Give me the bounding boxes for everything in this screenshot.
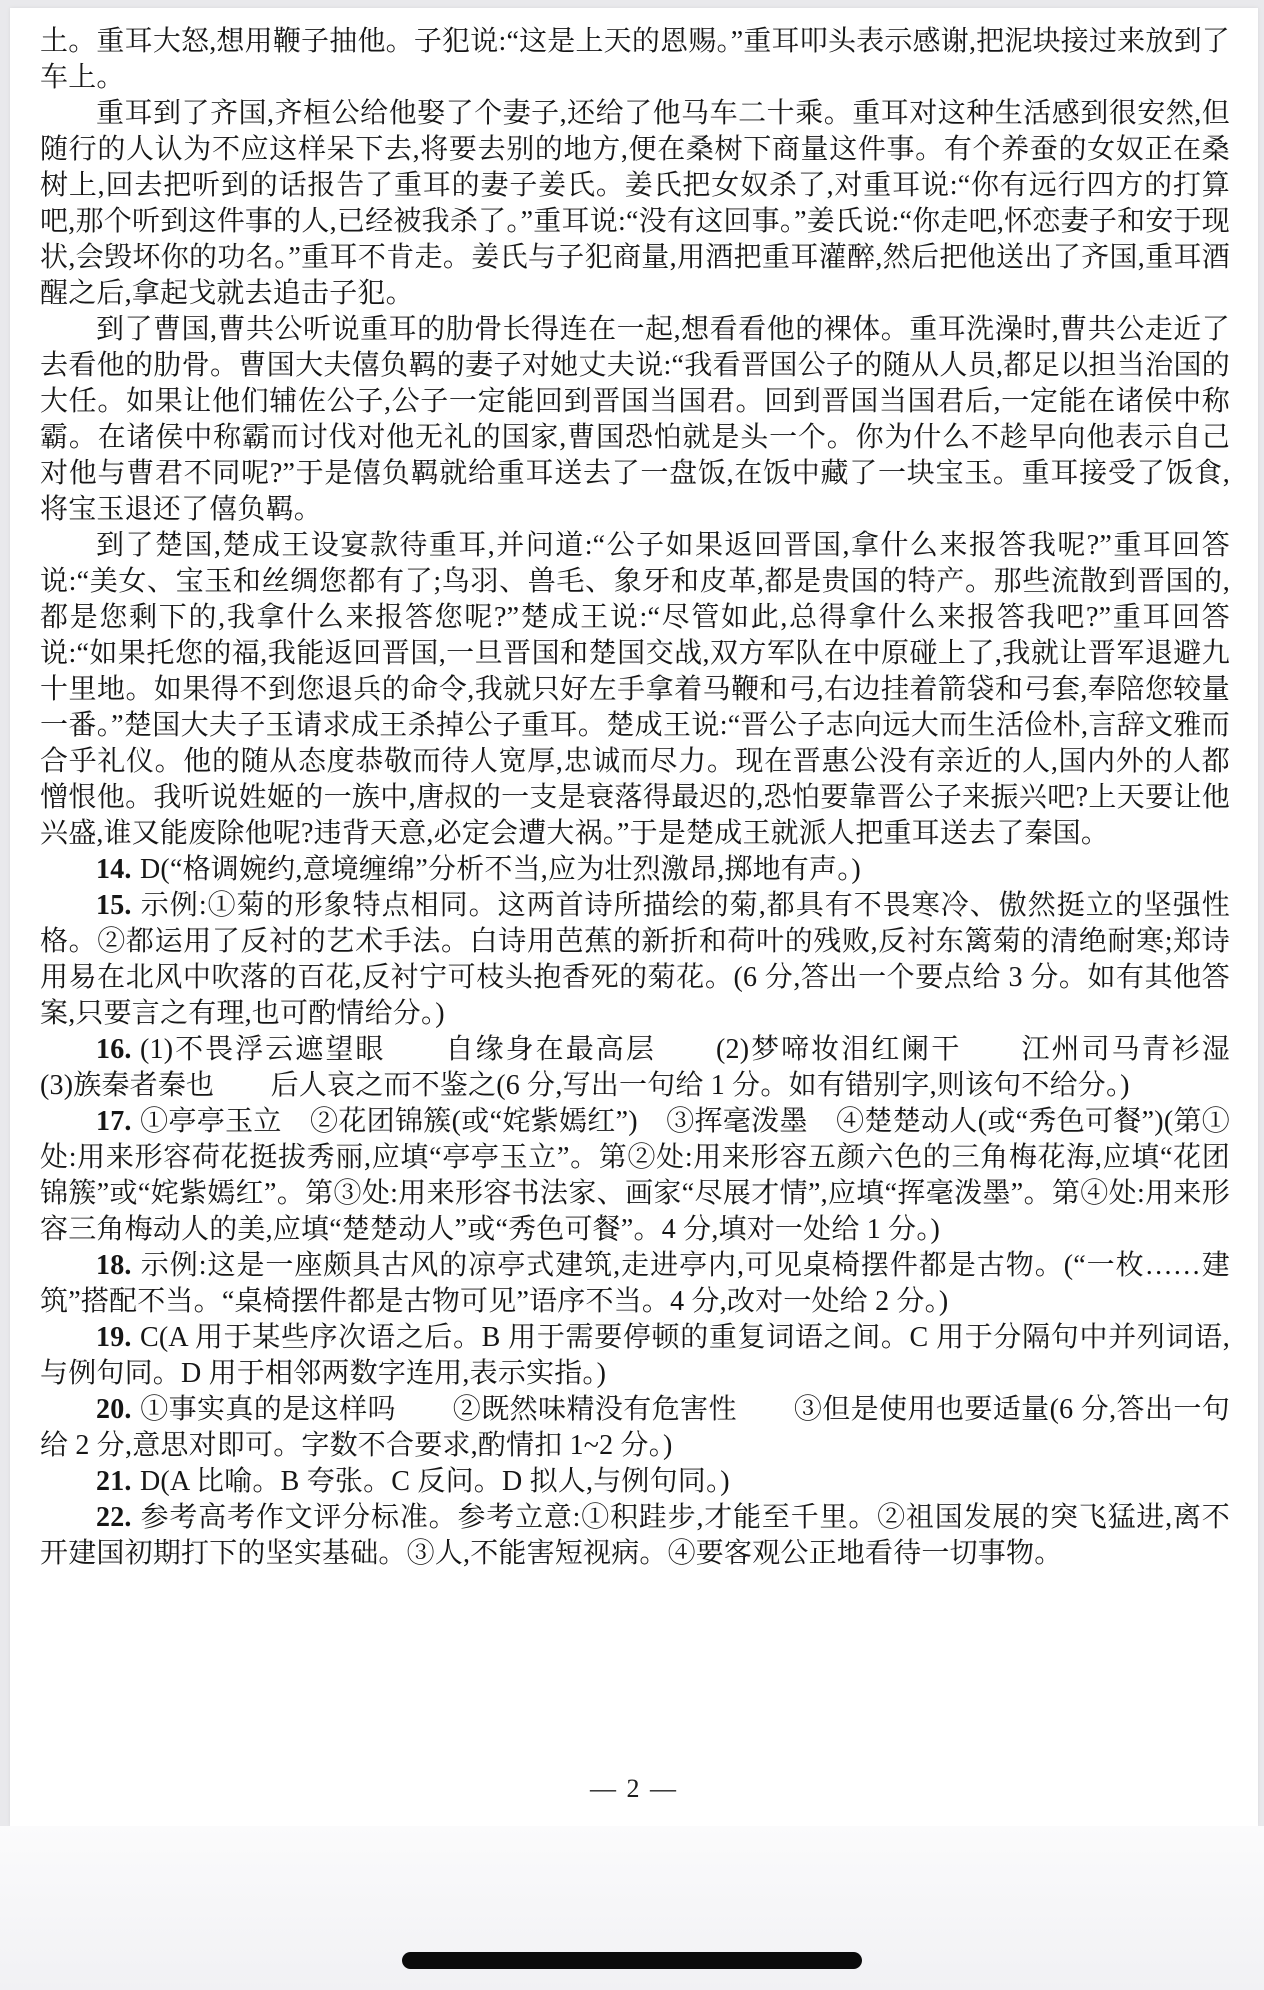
answer-item-18: 18.示例:这是一座颇具古风的凉亭式建筑,走进亭内,可见桌椅摆件都是古物。(“一… bbox=[40, 1248, 1230, 1320]
answer-number: 19. bbox=[96, 1322, 132, 1353]
answer-item-19: 19.C(A 用于某些序次语之后。B 用于需要停顿的重复词语之间。C 用于分隔句… bbox=[40, 1320, 1230, 1392]
document-page: 土。重耳大怒,想用鞭子抽他。子犯说:“这是上天的恩赐。”重耳叩头表示感谢,把泥块… bbox=[10, 8, 1258, 1826]
page-content: 土。重耳大怒,想用鞭子抽他。子犯说:“这是上天的恩赐。”重耳叩头表示感谢,把泥块… bbox=[10, 8, 1258, 1572]
page-number: — 2 — bbox=[10, 1774, 1258, 1804]
answer-text: C(A 用于某些序次语之后。B 用于需要停顿的重复词语之间。C 用于分隔句中并列… bbox=[40, 1322, 1230, 1389]
bottom-gutter bbox=[0, 1826, 1264, 1990]
screen: { "page": { "background_color": "#ffffff… bbox=[0, 0, 1264, 1990]
answer-number: 21. bbox=[96, 1466, 132, 1497]
answer-item-17: 17.①亭亭玉立 ②花团锦簇(或“姹紫嫣红”) ③挥毫泼墨 ④楚楚动人(或“秀色… bbox=[40, 1104, 1230, 1248]
answer-text: D(A 比喻。B 夸张。C 反问。D 拟人,与例句同。) bbox=[140, 1466, 730, 1497]
answer-number: 18. bbox=[96, 1250, 132, 1281]
translation-paragraph: 土。重耳大怒,想用鞭子抽他。子犯说:“这是上天的恩赐。”重耳叩头表示感谢,把泥块… bbox=[40, 24, 1230, 96]
answer-item-16: 16.(1)不畏浮云遮望眼 自缘身在最高层 (2)梦啼妆泪红阑干 江州司马青衫湿… bbox=[40, 1032, 1230, 1104]
translation-paragraph: 重耳到了齐国,齐桓公给他娶了个妻子,还给了他马车二十乘。重耳对这种生活感到很安然… bbox=[40, 96, 1230, 312]
answer-number: 22. bbox=[96, 1502, 132, 1533]
answer-item-22: 22.参考高考作文评分标准。参考立意:①积跬步,才能至千里。②祖国发展的突飞猛进… bbox=[40, 1500, 1230, 1572]
answer-text: D(“格调婉约,意境缠绵”分析不当,应为壮烈激昂,掷地有声。) bbox=[140, 854, 861, 885]
translation-paragraph: 到了曹国,曹共公听说重耳的肋骨长得连在一起,想看看他的裸体。重耳洗澡时,曹共公走… bbox=[40, 312, 1230, 528]
home-indicator-bar[interactable] bbox=[402, 1952, 862, 1969]
translation-paragraph: 到了楚国,楚成王设宴款待重耳,并问道:“公子如果返回晋国,拿什么来报答我呢?”重… bbox=[40, 528, 1230, 852]
answer-item-21: 21.D(A 比喻。B 夸张。C 反问。D 拟人,与例句同。) bbox=[40, 1464, 1230, 1500]
answer-text: ①事实真的是这样吗 ②既然味精没有危害性 ③但是使用也要适量(6 分,答出一句给… bbox=[40, 1394, 1230, 1461]
answer-item-15: 15.示例:①菊的形象特点相同。这两首诗所描绘的菊,都具有不畏寒冷、傲然挺立的坚… bbox=[40, 888, 1230, 1032]
answer-text: 示例:这是一座颇具古风的凉亭式建筑,走进亭内,可见桌椅摆件都是古物。(“一枚……… bbox=[40, 1250, 1230, 1317]
answer-text: ①亭亭玉立 ②花团锦簇(或“姹紫嫣红”) ③挥毫泼墨 ④楚楚动人(或“秀色可餐”… bbox=[40, 1106, 1230, 1245]
answer-text: 参考高考作文评分标准。参考立意:①积跬步,才能至千里。②祖国发展的突飞猛进,离不… bbox=[40, 1502, 1230, 1569]
answer-item-20: 20.①事实真的是这样吗 ②既然味精没有危害性 ③但是使用也要适量(6 分,答出… bbox=[40, 1392, 1230, 1464]
answer-number: 16. bbox=[96, 1034, 132, 1065]
answer-number: 20. bbox=[96, 1394, 132, 1425]
answer-number: 17. bbox=[96, 1106, 132, 1137]
answer-item-14: 14.D(“格调婉约,意境缠绵”分析不当,应为壮烈激昂,掷地有声。) bbox=[40, 852, 1230, 888]
answer-text: 示例:①菊的形象特点相同。这两首诗所描绘的菊,都具有不畏寒冷、傲然挺立的坚强性格… bbox=[40, 890, 1230, 1029]
answer-text: (1)不畏浮云遮望眼 自缘身在最高层 (2)梦啼妆泪红阑干 江州司马青衫湿 (3… bbox=[40, 1034, 1264, 1101]
answer-number: 14. bbox=[96, 854, 132, 885]
answer-number: 15. bbox=[96, 890, 132, 921]
